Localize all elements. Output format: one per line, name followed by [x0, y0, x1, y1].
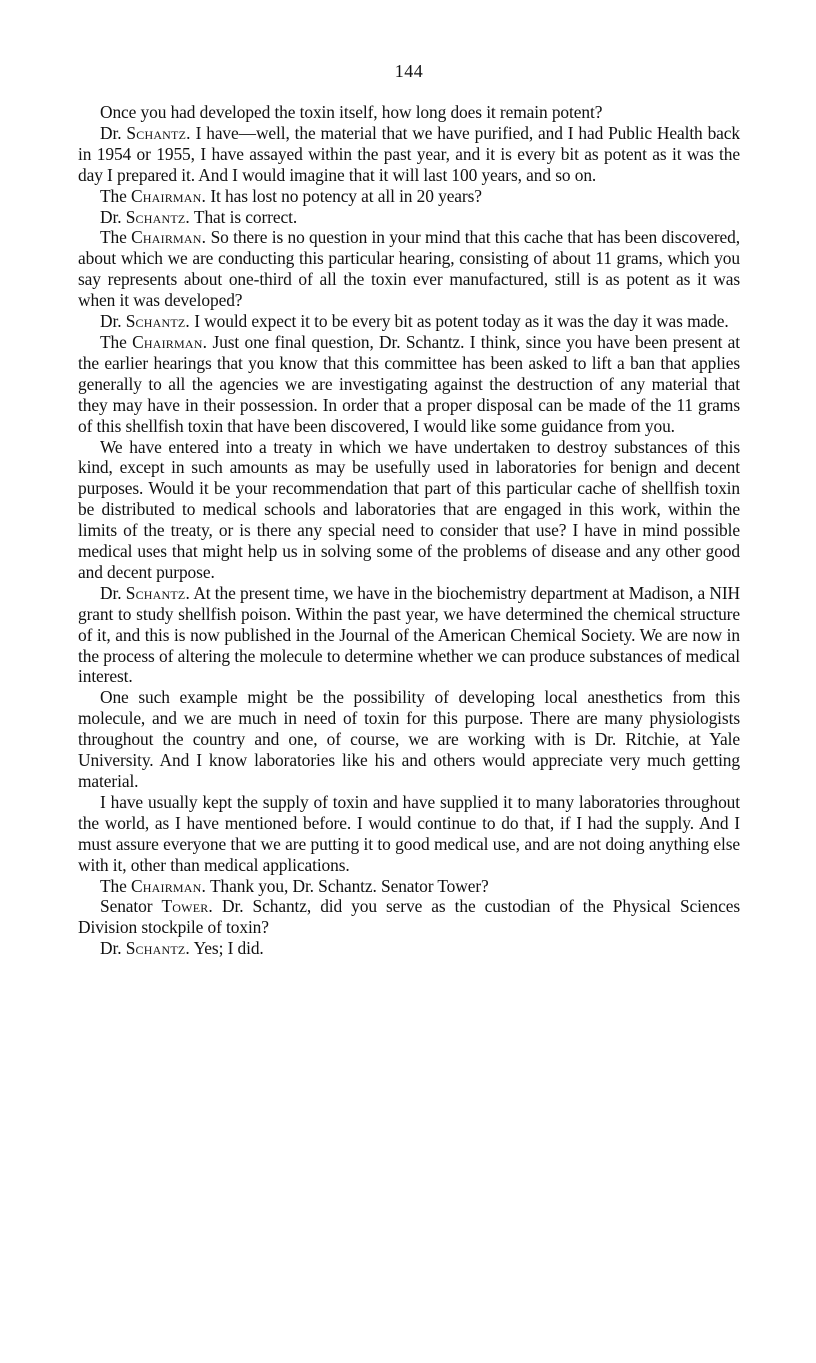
speaker-prefix: Dr.: [100, 207, 126, 227]
speaker-name: Chairman.: [131, 227, 206, 247]
speaker-name: Schantz.: [126, 123, 190, 143]
paragraph-text: It has lost no potency at all in 20 year…: [206, 186, 482, 206]
paragraph-text: We have entered into a treaty in which w…: [78, 437, 740, 582]
paragraph-text: Once you had developed the toxin itself,…: [100, 102, 602, 122]
page-number: 144: [78, 60, 740, 82]
paragraph: We have entered into a treaty in which w…: [78, 437, 740, 583]
speaker-prefix: Dr.: [100, 311, 126, 331]
paragraph: Dr. Schantz. Yes; I did.: [78, 938, 740, 959]
paragraph-text: Thank you, Dr. Schantz. Senator Tower?: [206, 876, 489, 896]
speaker-prefix: Dr.: [100, 938, 126, 958]
paragraph: The Chairman. Just one final question, D…: [78, 332, 740, 437]
paragraph-text: That is correct.: [190, 207, 297, 227]
speaker-prefix: The: [100, 332, 132, 352]
paragraph-text: I would expect it to be every bit as pot…: [190, 311, 729, 331]
paragraph: I have usually kept the supply of toxin …: [78, 792, 740, 876]
speaker-name: Schantz.: [126, 207, 190, 227]
paragraph: The Chairman. So there is no question in…: [78, 227, 740, 311]
speaker-name: Chairman.: [132, 332, 207, 352]
speaker-name: Schantz.: [126, 311, 190, 331]
speaker-name: Schantz.: [126, 938, 190, 958]
speaker-prefix: Dr.: [100, 123, 126, 143]
speaker-name: Tower.: [161, 896, 213, 916]
paragraph-text: I have usually kept the supply of toxin …: [78, 792, 740, 875]
document-page: 144 Once you had developed the toxin its…: [78, 60, 740, 959]
speaker-prefix: Dr.: [100, 583, 126, 603]
paragraph: Once you had developed the toxin itself,…: [78, 102, 740, 123]
speaker-name: Schantz.: [126, 583, 190, 603]
paragraph: One such example might be the possibilit…: [78, 687, 740, 792]
paragraph-text: One such example might be the possibilit…: [78, 687, 740, 791]
paragraph: Dr. Schantz. That is correct.: [78, 207, 740, 228]
speaker-prefix: The: [100, 876, 131, 896]
paragraph: The Chairman. Thank you, Dr. Schantz. Se…: [78, 876, 740, 897]
paragraph-text: Yes; I did.: [190, 938, 264, 958]
paragraph: Dr. Schantz. I have—well, the material t…: [78, 123, 740, 186]
speaker-prefix: The: [100, 227, 131, 247]
speaker-name: Chairman.: [131, 876, 206, 896]
paragraph: The Chairman. It has lost no potency at …: [78, 186, 740, 207]
paragraph: Senator Tower. Dr. Schantz, did you serv…: [78, 896, 740, 938]
speaker-name: Chairman.: [131, 186, 206, 206]
speaker-prefix: The: [100, 186, 131, 206]
paragraph: Dr. Schantz. I would expect it to be eve…: [78, 311, 740, 332]
paragraph: Dr. Schantz. At the present time, we hav…: [78, 583, 740, 688]
speaker-prefix: Senator: [100, 896, 161, 916]
